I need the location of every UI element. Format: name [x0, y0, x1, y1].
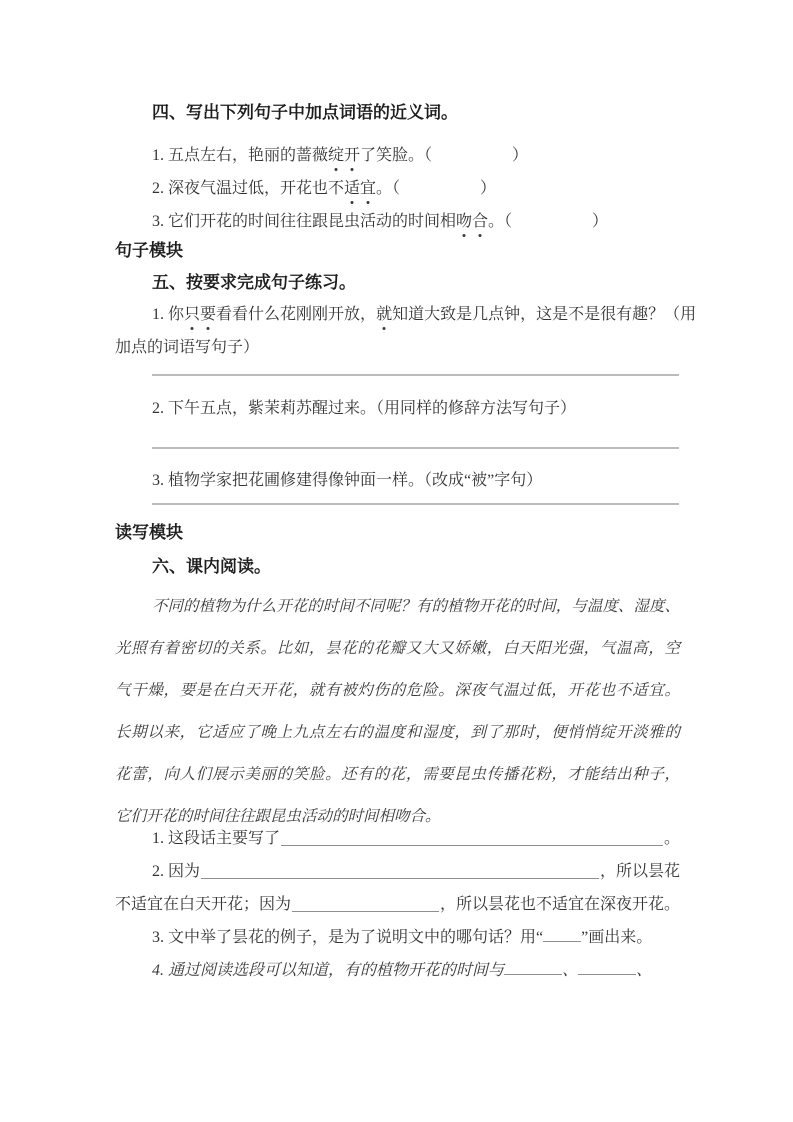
question-1-period: 。 [664, 829, 680, 849]
question-2-cont-suffix: ，所以昙花也不适宜在深夜开花。 [440, 895, 680, 915]
question-2-blank-2 [292, 911, 439, 912]
section-5-item-1-line-1: 1. 你只要看看什么花刚刚开放，就知道大致是几点钟，这是不是很有趣？（用 [115, 305, 680, 325]
answer-line-3 [152, 503, 679, 505]
answer-line-2 [152, 447, 679, 449]
section-4-item-1: 1. 五点左右，艳丽的蔷薇绽开了笑脸。（ ） [115, 146, 680, 166]
question-4-blank-2 [578, 974, 636, 975]
question-1-blank [281, 845, 663, 846]
passage-line-1: 不同的植物为什么开花的时间不同呢？有的植物开花的时间，与温度、湿度、 [115, 596, 680, 617]
section-5-item-1-line-2: 加点的词语写句子） [115, 338, 680, 358]
question-1: 1. 这段话主要写了 。 [115, 829, 680, 849]
question-2-line-2: 不适宜在白天开花；因为 ，所以昙花也不适宜在深夜开花。 [115, 895, 680, 915]
section-5-item-2: 2. 下午五点，紫茉莉苏醒过来。（用同样的修辞方法写句子） [115, 399, 680, 419]
section-4-item-3: 3. 它们开花的时间往往跟昆虫活动的时间相吻合。（ ） [115, 212, 680, 232]
section-5-item-3: 3. 植物学家把花圃修建得像钟面一样。（改成“被”字句） [115, 471, 680, 491]
module-label-sentence: 句子模块 [115, 241, 680, 261]
section-4-item-2: 2. 深夜气温过低，开花也不适宜。（ ） [115, 179, 680, 199]
section-4-heading: 四、写出下列句子中加点词语的近义词。 [115, 103, 680, 123]
question-2-suffix: ，所以昙花 [600, 862, 680, 882]
question-3-suffix: ”画出来。 [581, 929, 652, 946]
section-5-heading: 五、按要求完成句子练习。 [115, 273, 680, 293]
question-4: 4. 通过阅读选段可以知道，有的植物开花的时间与、、 [115, 961, 680, 981]
question-3-text: 3. 文中举了昙花的例子，是为了说明文中的哪句话？用“ [152, 929, 543, 946]
module-label-reading: 读写模块 [115, 523, 680, 543]
question-4-text: 4. 通过阅读选段可以知道，有的植物开花的时间与 [152, 962, 504, 979]
worksheet-page: 四、写出下列句子中加点词语的近义词。 1. 五点左右，艳丽的蔷薇绽开了笑脸。（ … [0, 0, 793, 1122]
answer-line-1 [152, 374, 679, 376]
question-2-cont-text: 不适宜在白天开花；因为 [115, 895, 291, 915]
passage-line-5: 花蕾，向人们展示美丽的笑脸。还有的花，需要昆虫传播花粉，才能结出种子， [115, 764, 680, 785]
section-6-heading: 六、课内阅读。 [115, 557, 680, 577]
passage-line-4: 长期以来，它适应了晚上九点左右的温度和湿度，到了那时，便悄悄绽开淡雅的 [115, 722, 680, 743]
question-3: 3. 文中举了昙花的例子，是为了说明文中的哪句话？用“”画出来。 [115, 928, 680, 948]
question-3-blank [543, 941, 581, 942]
question-1-text: 1. 这段话主要写了 [152, 829, 280, 849]
passage-line-2: 光照有着密切的关系。比如，昙花的花瓣又大又娇嫩，白天阳光强，气温高，空 [115, 638, 680, 659]
question-2-text: 2. 因为 [152, 862, 200, 882]
question-2-line-1: 2. 因为 ，所以昙花 [115, 862, 680, 882]
question-4-separator: 、 [562, 962, 578, 979]
passage-line-3: 气干燥，要是在白天开花，就有被灼伤的危险。深夜气温过低，开花也不适宜。 [115, 680, 680, 701]
passage-line-6: 它们开花的时间往往跟昆虫活动的时间相吻合。 [115, 806, 680, 827]
question-4-trailing-separator: 、 [636, 962, 652, 979]
question-2-blank-1 [201, 878, 599, 879]
question-4-blank-1 [504, 974, 562, 975]
